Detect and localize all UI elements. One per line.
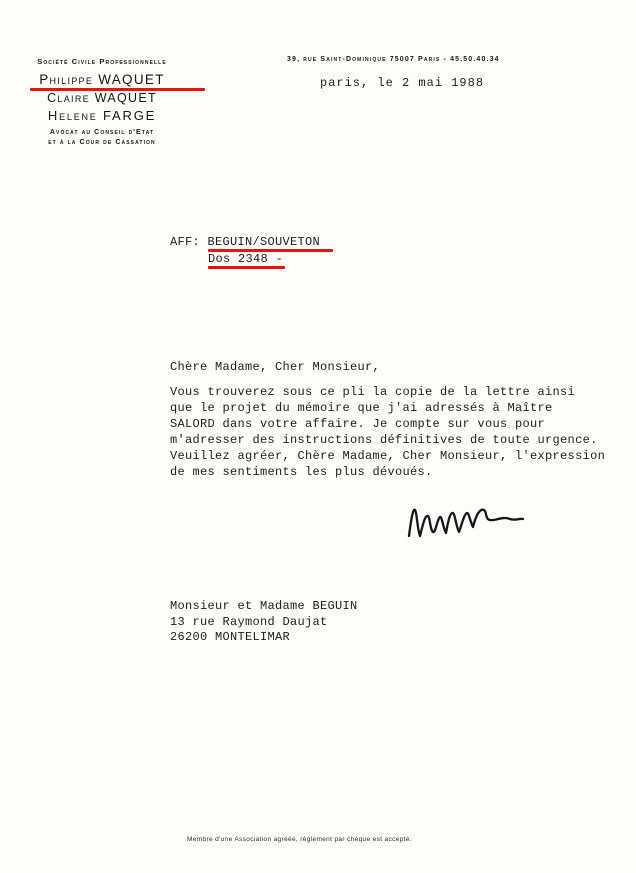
date-line: paris, le 2 mai 1988 [320, 76, 484, 90]
letter-page: Société Civile Professionnelle Philippe … [0, 0, 636, 873]
body-paragraph-1: Vous trouverez sous ce pli la copie de l… [170, 384, 598, 448]
firm-type-line: Société Civile Professionnelle [12, 57, 192, 66]
red-underline-partner-name [30, 88, 205, 91]
firm-address-phone: 39, rue Saint-Dominique 75007 Paris - 45… [287, 56, 500, 63]
body-line: Veuillez agréer, Chère Madame, Cher Mons… [170, 448, 605, 464]
recipient-street: 13 rue Raymond Daujat [170, 615, 358, 631]
body-paragraph-2: Veuillez agréer, Chère Madame, Cher Mons… [170, 448, 605, 480]
case-name: BEGUIN/SOUVETON [208, 235, 321, 249]
salutation: Chère Madame, Cher Monsieur, [170, 359, 380, 375]
partner-name-philippe-waquet: Philippe WAQUET [12, 72, 192, 87]
body-line: de mes sentiments les plus dévoués. [170, 464, 605, 480]
body-line: Vous trouverez sous ce pli la copie de l… [170, 384, 598, 400]
body-line: m'adresser des instructions définitives … [170, 432, 598, 448]
body-line: que le projet du mémoire que j'ai adress… [170, 400, 598, 416]
dossier-number: Dos 2348 [208, 252, 268, 266]
role-line-2: et à la Cour de Cassation [12, 139, 192, 146]
partner-name-helene-farge: Helene FARGE [12, 108, 192, 123]
red-underline-case-name [208, 249, 333, 252]
partner-name-claire-waquet: Claire WAQUET [12, 91, 192, 105]
recipient-address-block: Monsieur et Madame BEGUIN 13 rue Raymond… [170, 599, 358, 646]
recipient-city: 26200 MONTELIMAR [170, 630, 358, 646]
red-underline-dossier [208, 266, 285, 269]
handwritten-signature-icon [402, 502, 527, 544]
reference-label: AFF: [170, 235, 208, 249]
body-line: SALORD dans votre affaire. Je compte sur… [170, 416, 598, 432]
footer-note: Membre d'une Association agréée, règleme… [187, 836, 412, 843]
dossier-suffix: - [268, 252, 283, 266]
role-line-1: Avocat au Conseil d'Etat [12, 129, 192, 136]
recipient-name: Monsieur et Madame BEGUIN [170, 599, 358, 615]
